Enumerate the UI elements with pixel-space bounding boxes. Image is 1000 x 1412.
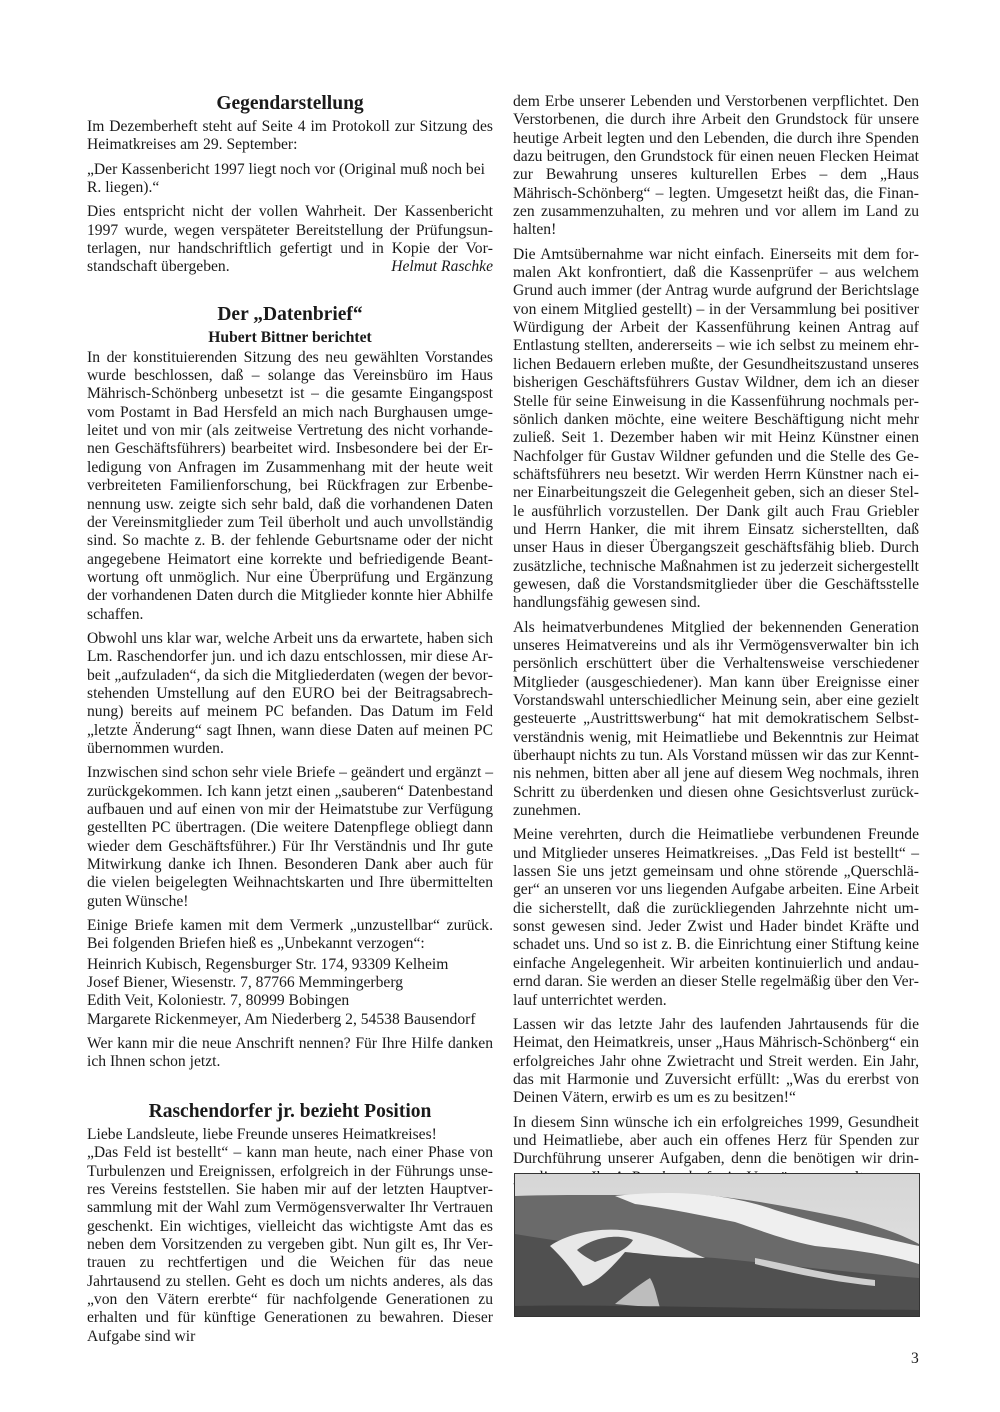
paragraph: Inzwischen sind schon sehr viele Briefe … [87, 764, 493, 911]
paragraph: Die Amtsübernahme war nicht einfach. Ein… [513, 246, 919, 613]
address-item: Edith Veit, Koloniestr. 7, 80999 Bobinge… [87, 992, 493, 1010]
salutation: Liebe Landsleute, liebe Freunde unseres … [87, 1126, 493, 1144]
mountain-image-icon [515, 1174, 919, 1316]
right-column: dem Erbe unserer Lebenden und Verstorben… [513, 93, 919, 1193]
address-item: Josef Biener, Wiesenstr. 7, 87766 Memmin… [87, 974, 493, 992]
paragraph: Dies entspricht nicht der vollen Wahrhei… [87, 203, 493, 276]
page-number: 3 [911, 1350, 919, 1368]
left-column: Gegendarstellung Im Dezemberheft steht a… [87, 92, 493, 1352]
paragraph: In der konstituierenden Sitzung des neu … [87, 349, 493, 624]
paragraph: Obwohl uns klar war, welche Arbeit uns d… [87, 630, 493, 758]
paragraph: Meine verehrten, durch die Heimatliebe v… [513, 826, 919, 1009]
article-datenbrief: Der „Datenbrief“ Hubert Bittner berichte… [87, 303, 493, 1072]
article-gegendarstellung: Gegendarstellung Im Dezemberheft steht a… [87, 92, 493, 277]
address-list: Heinrich Kubisch, Regensburger Str. 174,… [87, 956, 493, 1029]
article-raschendorfer: Raschendorfer jr. bezieht Position Liebe… [87, 1100, 493, 1346]
article-title: Der „Datenbrief“ [87, 303, 493, 327]
address-item: Margarete Rickenmeyer, Am Niederberg 2, … [87, 1011, 493, 1029]
address-item: Heinrich Kubisch, Regensburger Str. 174,… [87, 956, 493, 974]
quote-paragraph: „Der Kassenbericht 1997 liegt noch vor (… [87, 161, 493, 198]
paragraph: Lassen wir das letzte Jahr des laufenden… [513, 1016, 919, 1108]
paragraph: Im Dezemberheft steht auf Seite 4 im Pro… [87, 118, 493, 155]
paragraph: Als heimatverbundenes Mitglied der beken… [513, 619, 919, 821]
author-signature: Helmut Raschke [391, 258, 493, 276]
paragraph: „Das Feld ist bestellt“ – kann man heute… [87, 1144, 493, 1346]
article-subtitle: Hubert Bittner berichtet [87, 329, 493, 347]
article-title: Raschendorfer jr. bezieht Position [87, 1100, 493, 1124]
paragraph: Wer kann mir die neue Anschrift nennen? … [87, 1035, 493, 1072]
landscape-photo [514, 1173, 920, 1317]
paragraph: Einige Briefe kamen mit dem Vermerk „unz… [87, 917, 493, 954]
article-title: Gegendarstellung [87, 92, 493, 116]
paragraph: dem Erbe unserer Lebenden und Verstorben… [513, 93, 919, 240]
